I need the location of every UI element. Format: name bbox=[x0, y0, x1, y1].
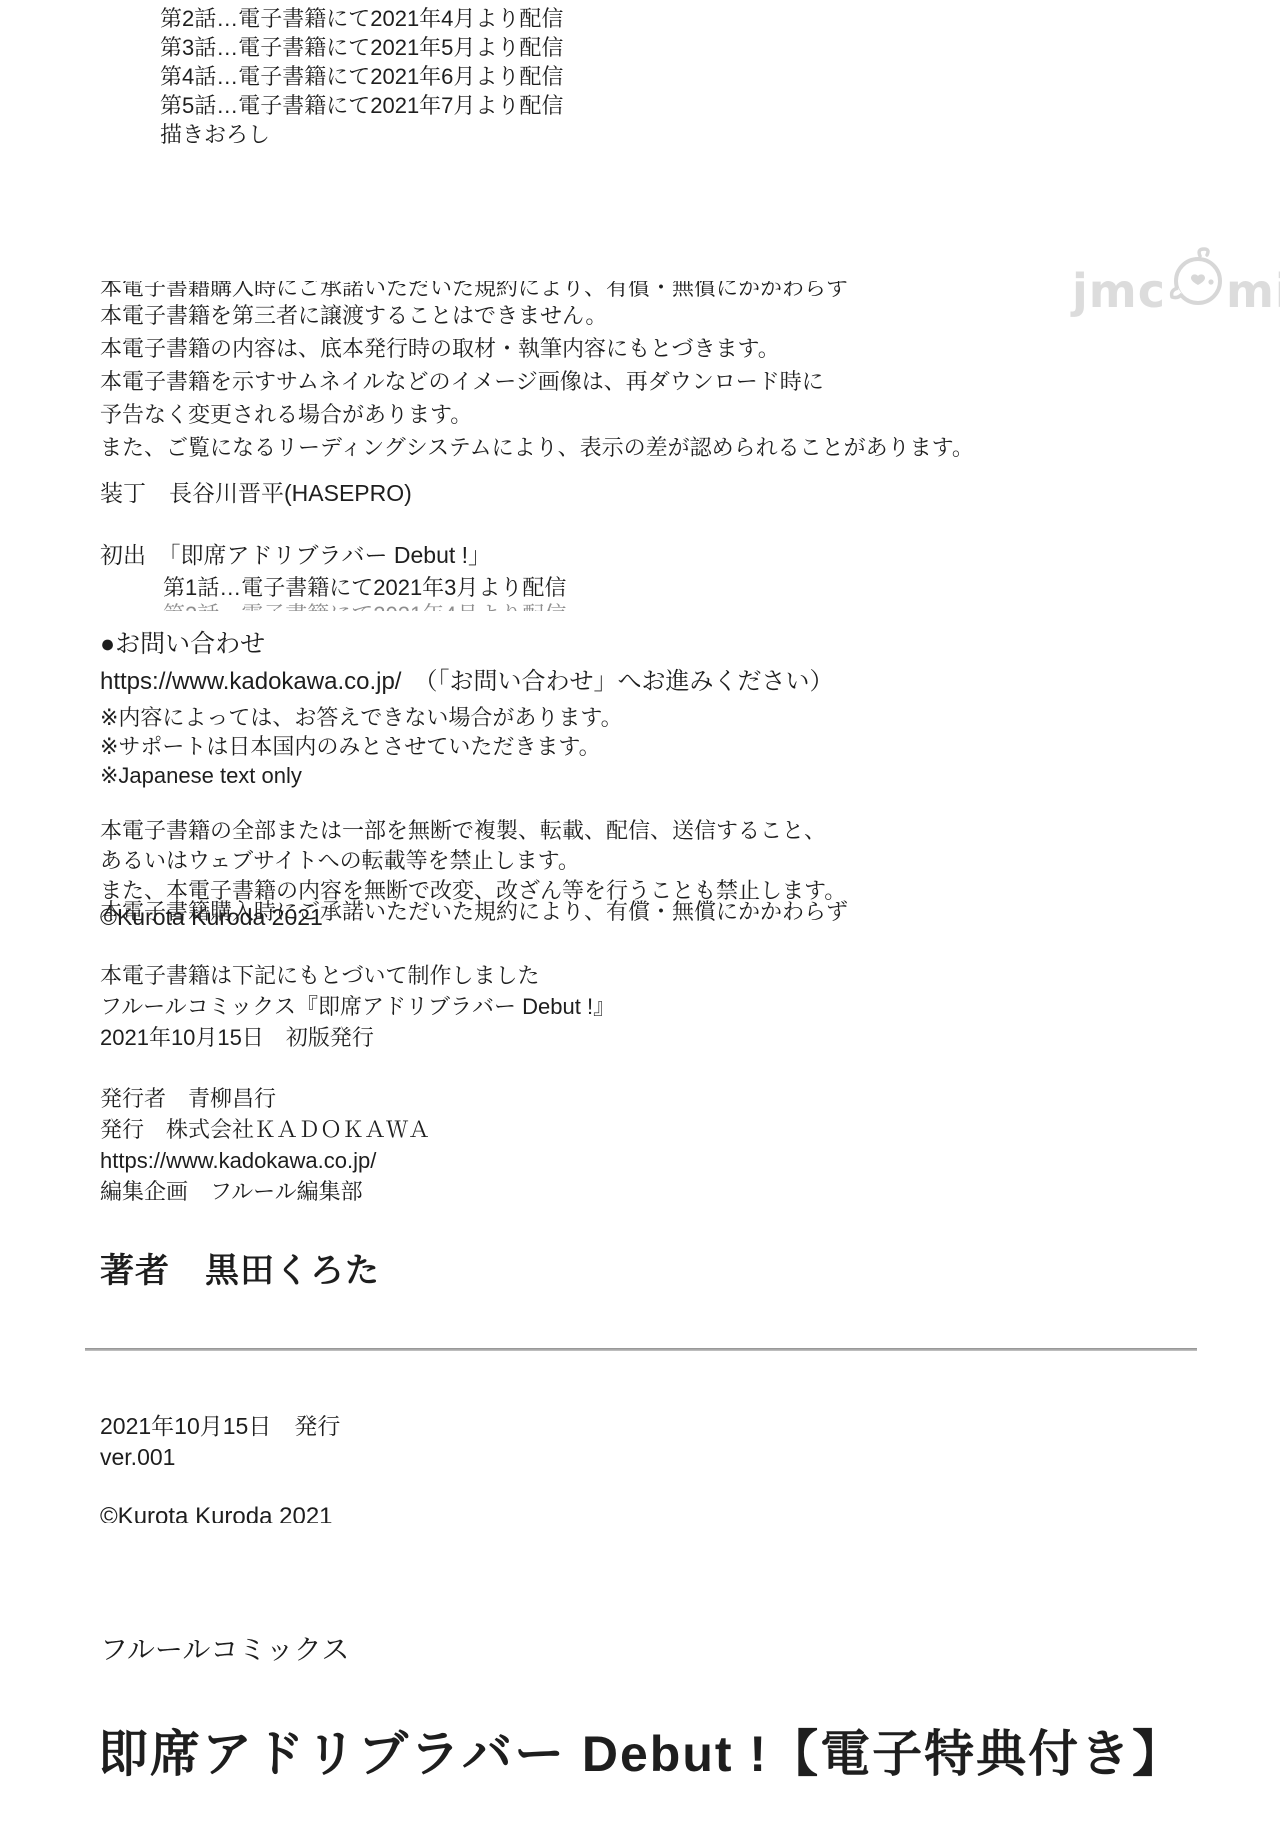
publisher-line: https://www.kadokawa.co.jp/ bbox=[100, 1145, 430, 1176]
episode-line: 描きおろし bbox=[160, 120, 563, 149]
horizontal-divider bbox=[85, 1348, 1197, 1351]
edition-date: 2021年10月15日 発行 bbox=[100, 1411, 340, 1441]
imprint-label: フルールコミックス bbox=[100, 1632, 349, 1668]
episode-line: 第5話…電子書籍にて2021年7月より配信 bbox=[160, 91, 563, 120]
production-line: 2021年10月15日 初版発行 bbox=[100, 1022, 615, 1053]
jmcomic-mascot-icon bbox=[1167, 246, 1225, 319]
episode-line: 第3話…電子書籍にて2021年5月より配信 bbox=[160, 33, 563, 62]
episode-line: 第2話…電子書籍にて2021年4月より配信 bbox=[160, 4, 563, 33]
author-line: 著者 黒田くろた bbox=[100, 1250, 380, 1292]
contact-notes: ※内容によっては、お答えできない場合があります。 ※サポートは日本国内のみとさせ… bbox=[100, 703, 623, 790]
terms-line: また、ご覧になるリーディングシステムにより、表示の差が認められることがあります。 bbox=[100, 431, 974, 464]
watermark-text-left: jmc bbox=[1072, 263, 1166, 319]
colophon-page: 第2話…電子書籍にて2021年4月より配信 第3話…電子書籍にて2021年5月よ… bbox=[0, 0, 1280, 1822]
production-block: 本電子書籍は下記にもとづいて制作しました フルールコミックス『即席アドリブラバー… bbox=[100, 960, 615, 1053]
edition-version: ver.001 bbox=[100, 1442, 175, 1472]
copyright-clipped-line: ©Kurota Kuroda 2021 bbox=[100, 1502, 333, 1523]
contact-note: ※サポートは日本国内のみとさせていただきます。 bbox=[100, 732, 623, 761]
episode-line: 第4話…電子書籍にて2021年6月より配信 bbox=[160, 62, 563, 91]
terms-clipped-line: 本電子書籍購入時にご承諾いただいた規約により、有償・無償にかかわらず bbox=[100, 281, 848, 298]
production-line: フルールコミックス『即席アドリブラバー Debut !』 bbox=[100, 991, 615, 1022]
prohibition-line: あるいはウェブサイトへの転載等を禁止します。 bbox=[100, 846, 846, 876]
design-credit: 装丁 長谷川晋平(HASEPRO) bbox=[100, 478, 412, 508]
first-publication-clipped-line: 第2話…電子書籍にて2021年4月より配信 bbox=[163, 603, 566, 611]
prohibition-line: 本電子書籍の全部または一部を無断で複製、転載、配信、送信すること、 bbox=[100, 816, 846, 846]
terms-line: 本電子書籍を示すサムネイルなどのイメージ画像は、再ダウンロード時に bbox=[100, 365, 974, 398]
publisher-line: 編集企画 フルール編集部 bbox=[100, 1176, 430, 1207]
terms-line: 本電子書籍を第三者に譲渡することはできません。 bbox=[100, 299, 974, 332]
terms-line: 本電子書籍の内容は、底本発行時の取材・執筆内容にもとづきます。 bbox=[100, 332, 974, 365]
first-publication-continued-list: 第2話…電子書籍にて2021年4月より配信 第3話…電子書籍にて2021年5月よ… bbox=[160, 4, 563, 149]
production-line: 本電子書籍は下記にもとづいて制作しました bbox=[100, 960, 615, 991]
watermark-text-right: mic bbox=[1226, 263, 1280, 319]
terms-block: 本電子書籍を第三者に譲渡することはできません。 本電子書籍の内容は、底本発行時の… bbox=[100, 299, 974, 464]
publisher-block: 発行者 青柳昌行 発行 株式会社ＫＡＤＯＫＡＷＡ https://www.kad… bbox=[100, 1083, 430, 1207]
contact-heading: ●お問い合わせ bbox=[100, 628, 265, 660]
publisher-line: 発行 株式会社ＫＡＤＯＫＡＷＡ bbox=[100, 1114, 430, 1145]
contact-url-line: https://www.kadokawa.co.jp/ （「お問い合わせ」へお進… bbox=[100, 666, 833, 697]
jmcomic-watermark: jmc mic bbox=[1072, 246, 1280, 319]
contact-note: ※Japanese text only bbox=[100, 761, 623, 790]
contact-note: ※内容によっては、お答えできない場合があります。 bbox=[100, 703, 623, 732]
prohibition-block: 本電子書籍の全部または一部を無断で複製、転載、配信、送信すること、 あるいはウェ… bbox=[100, 816, 846, 906]
first-publication-episode: 第1話…電子書籍にて2021年3月より配信 bbox=[163, 573, 566, 603]
publisher-line: 発行者 青柳昌行 bbox=[100, 1083, 430, 1114]
copyright-overlay: ©Kurota Kuroda 2021 bbox=[100, 902, 323, 932]
first-publication-title: 初出 「即席アドリブラバー Debut !」 bbox=[100, 540, 491, 570]
terms-line: 予告なく変更される場合があります。 bbox=[100, 398, 974, 431]
book-title: 即席アドリブラバー Debut !【電子特典付き】 bbox=[98, 1722, 1184, 1786]
